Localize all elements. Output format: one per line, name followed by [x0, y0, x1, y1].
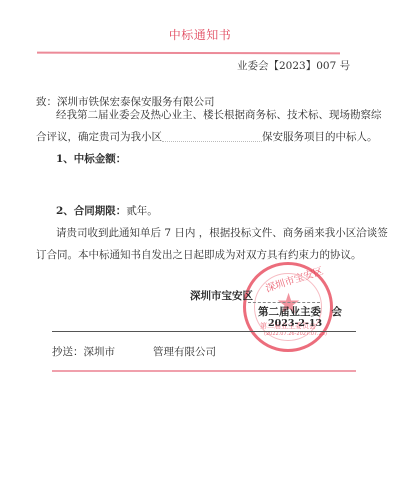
item-bid-amount: 1、中标金额：: [56, 148, 126, 170]
header-red-rule: [37, 52, 340, 55]
signature-line1: 深圳市宝安区: [190, 288, 253, 303]
item-contract-term-label: 2、合同期限：: [56, 205, 126, 217]
paragraph1-line2: 合评议，确定贵司为我小区保安服务项目的中标人。: [36, 126, 378, 148]
paragraph1-line2-before: 合评议，确定贵司为我小区: [36, 131, 162, 143]
signature-underline: [248, 302, 320, 303]
signature-line2: 第二届业主委 会: [258, 304, 342, 319]
item-bid-amount-label: 1、中标金额：: [56, 153, 126, 165]
document-number: 业委会【2023】007 号: [237, 58, 350, 73]
document-title: 中标通知书: [0, 26, 400, 43]
item-contract-term: 2、合同期限：贰年。: [56, 200, 158, 222]
cc-suffix: 管理有限公司: [153, 346, 216, 358]
item-contract-term-value: 贰年。: [126, 205, 158, 217]
paragraph2-line1: 请贵司收到此通知单后 7 日内 ，根据投标文件、商务函来我小区洽谈签: [56, 222, 388, 244]
cc-label: 抄送：深圳市: [52, 346, 115, 358]
signature-date: 2023-2-13: [268, 318, 322, 329]
redacted-community-name: [162, 132, 262, 142]
paragraph1-line1: 经我第二届业委会及热心业主、楼长根据商务标、技术标、现场勘察综: [56, 104, 382, 126]
paragraph1-line2-after: 保安服务项目的中标人。: [262, 131, 378, 143]
footer-pink-rule: [52, 370, 356, 372]
cc-line: 抄送：深圳市管理有限公司: [52, 344, 216, 359]
footer-gray-rule: [52, 331, 356, 332]
paragraph2-line2: 订合同。本中标通知书自发出之日起即成为对双方具有约束力的协议。: [36, 244, 362, 266]
